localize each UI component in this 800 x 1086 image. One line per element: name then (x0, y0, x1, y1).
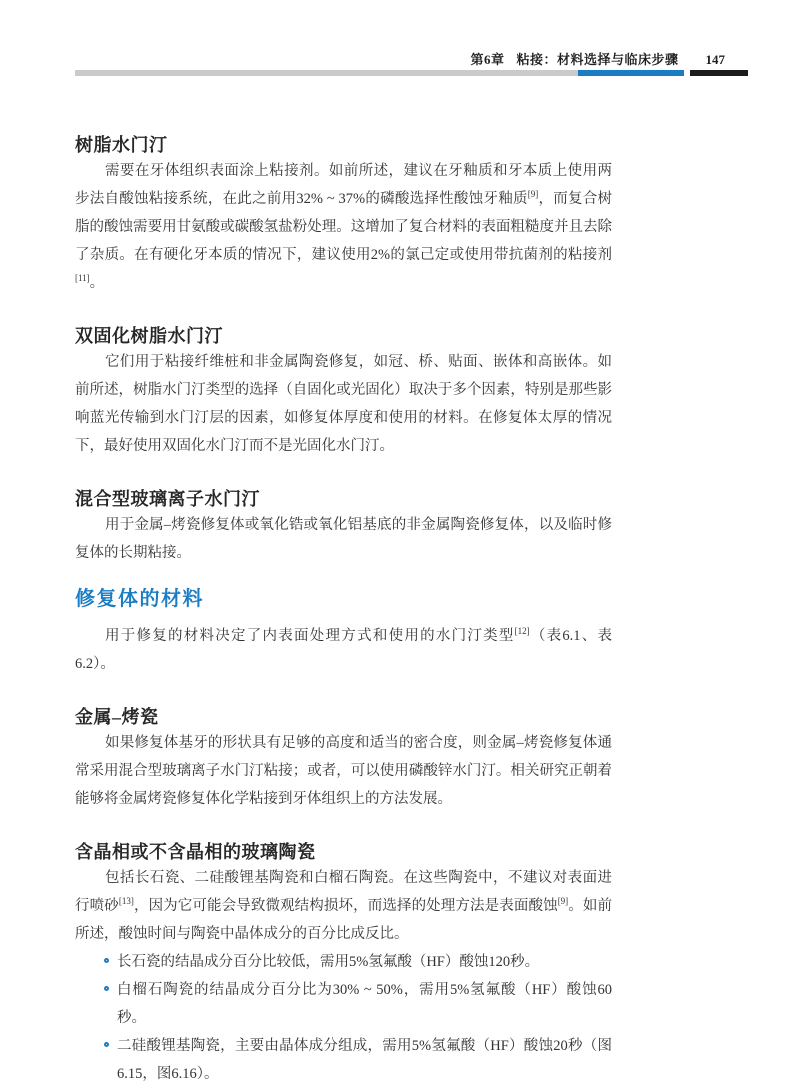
list-item: 白榴石陶瓷的结晶成分百分比为30% ~ 50%，需用5%氢氟酸（HF）酸蚀60秒… (75, 976, 612, 1032)
header-rule (75, 70, 748, 76)
text-run: 如果修复体基牙的形状具有足够的高度和适当的密合度，则金属–烤瓷修复体通常采用混合… (75, 735, 612, 807)
main-heading: 修复体的材料 (75, 585, 612, 613)
paragraph: 用于修复的材料决定了内表面处理方式和使用的水门汀类型[12]（表6.1、表6.2… (75, 622, 612, 678)
text-run: 长石瓷的结晶成分百分比较低，需用5%氢氟酸（HF）酸蚀120秒。 (117, 954, 539, 970)
text-run: 白榴石陶瓷的结晶成分百分比为30% ~ 50%，需用5%氢氟酸（HF）酸蚀60秒… (117, 982, 612, 1026)
sub-heading: 混合型玻璃离子水门汀 (75, 490, 612, 508)
sub-heading: 双固化树脂水门汀 (75, 327, 612, 345)
chapter-title: 粘接：材料选择与临床步骤 (516, 49, 678, 68)
text-run: 用于金属–烤瓷修复体或氧化锆或氧化铝基底的非金属陶瓷修复体，以及临时修复体的长期… (75, 517, 612, 561)
page-content: 树脂水门汀需要在牙体组织表面涂上粘接剂。如前所述，建议在牙釉质和牙本质上使用两步… (75, 136, 612, 1086)
text-run: 。 (90, 275, 105, 291)
text-run: 二硅酸锂基陶瓷，主要由晶体成分组成，需用5%氢氟酸（HF）酸蚀20秒（图6.15… (117, 1038, 612, 1082)
list-item: 长石瓷的结晶成分百分比较低，需用5%氢氟酸（HF）酸蚀120秒。 (75, 948, 612, 976)
header-rule-blue-segment (578, 70, 684, 76)
list-item: 二硅酸锂基陶瓷，主要由晶体成分组成，需用5%氢氟酸（HF）酸蚀20秒（图6.15… (75, 1032, 612, 1086)
circle-bullet-icon (104, 1042, 109, 1047)
book-page: 第6章 粘接：材料选择与临床步骤 147 树脂水门汀需要在牙体组织表面涂上粘接剂… (0, 0, 800, 1086)
sub-heading: 含晶相或不含晶相的玻璃陶瓷 (75, 843, 612, 861)
reference-marker: [13] (119, 896, 134, 906)
text-run: 用于修复的材料决定了内表面处理方式和使用的水门汀类型 (105, 628, 515, 644)
sub-heading: 树脂水门汀 (75, 136, 612, 154)
page-number: 147 (706, 52, 726, 68)
circle-bullet-icon (104, 986, 109, 991)
text-run: 需要在牙体组织表面涂上粘接剂。如前所述，建议在牙釉质和牙本质上使用两步法自酸蚀粘… (75, 163, 612, 207)
header-rule-gray-segment (75, 70, 578, 76)
text-run: 它们用于粘接纤维桩和非金属陶瓷修复，如冠、桥、贴面、嵌体和高嵌体。如前所述，树脂… (75, 354, 612, 454)
text-run: ，因为它可能会导致微观结构损坏，而选择的处理方法是表面酸蚀 (134, 898, 558, 914)
reference-marker: [11] (75, 273, 90, 283)
header-rule-black-segment (690, 70, 748, 76)
paragraph: 包括长石瓷、二硅酸锂基陶瓷和白榴石陶瓷。在这些陶瓷中，不建议对表面进行喷砂[13… (75, 864, 612, 948)
running-header: 第6章 粘接：材料选择与临床步骤 147 (470, 49, 725, 68)
paragraph: 需要在牙体组织表面涂上粘接剂。如前所述，建议在牙釉质和牙本质上使用两步法自酸蚀粘… (75, 157, 612, 297)
reference-marker: [12] (515, 626, 530, 636)
bullet-list: 长石瓷的结晶成分百分比较低，需用5%氢氟酸（HF）酸蚀120秒。白榴石陶瓷的结晶… (75, 948, 612, 1086)
paragraph: 它们用于粘接纤维桩和非金属陶瓷修复，如冠、桥、贴面、嵌体和高嵌体。如前所述，树脂… (75, 348, 612, 460)
sub-heading: 金属–烤瓷 (75, 708, 612, 726)
paragraph: 用于金属–烤瓷修复体或氧化锆或氧化铝基底的非金属陶瓷修复体，以及临时修复体的长期… (75, 511, 612, 567)
circle-bullet-icon (104, 958, 109, 963)
chapter-number: 第6章 (470, 49, 504, 68)
reference-marker: [9] (558, 896, 569, 906)
reference-marker: [9] (528, 189, 539, 199)
paragraph: 如果修复体基牙的形状具有足够的高度和适当的密合度，则金属–烤瓷修复体通常采用混合… (75, 729, 612, 813)
